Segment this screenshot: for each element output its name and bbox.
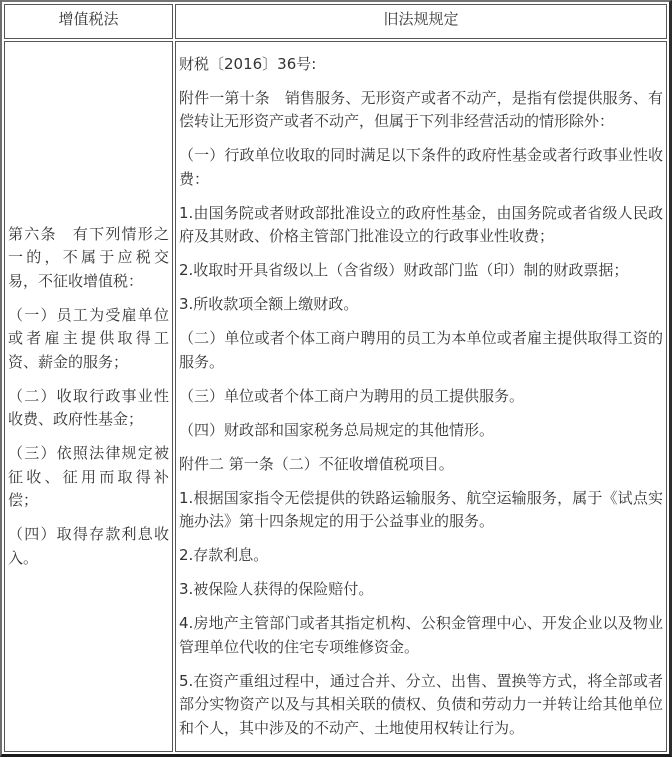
paragraph: 4.房地产主管部门或者其指定机构、公积金管理中心、开发企业以及物业管理单位代收的… (179, 612, 663, 659)
old-regulations-cell: 财税〔2016〕36号:附件一第十条 销售服务、无形资产或者不动产，是指有偿提供… (175, 41, 667, 752)
paragraph: 1.由国务院或者财政部批准设立的政府性基金，由国务院或者省级人民政府及其财政、价… (179, 202, 663, 249)
paragraph: （三）单位或者个体工商户为聘用的员工提供服务。 (179, 385, 663, 409)
paragraph: （三）依照法律规定被征收、征用而取得补偿； (8, 442, 169, 513)
paragraph: 3.所收款项全额上缴财政。 (179, 293, 663, 317)
paragraph: 第六条 有下列情形之一的，不属于应税交易，不征收增值税： (8, 223, 169, 294)
paragraph: 5.在资产重组过程中，通过合并、分立、出售、置换等方式，将全部或者部分实物资产以… (179, 670, 663, 741)
header-row: 增值税法 旧法规规定 (4, 4, 667, 39)
vat-law-cell: 第六条 有下列情形之一的，不属于应税交易，不征收增值税：（一）员工为受雇单位或者… (4, 41, 173, 752)
column-header-old-regulations: 旧法规规定 (175, 4, 667, 39)
paragraph: 2.存款利息。 (179, 544, 663, 568)
paragraph: （四）财政部和国家税务总局规定的其他情形。 (179, 419, 663, 443)
paragraph: 2.收取时开具省级以上（含省级）财政部门监（印）制的财政票据； (179, 259, 663, 283)
body-row: 第六条 有下列情形之一的，不属于应税交易，不征收增值税：（一）员工为受雇单位或者… (4, 41, 667, 752)
comparison-table: 增值税法 旧法规规定 第六条 有下列情形之一的，不属于应税交易，不征收增值税：（… (0, 0, 672, 757)
paragraph: （一）行政单位收取的同时满足以下条件的政府性基金或者行政事业性收费： (179, 144, 663, 191)
paragraph: 附件一第十条 销售服务、无形资产或者不动产，是指有偿提供服务、有偿转让无形资产或… (179, 87, 663, 134)
paragraph: 1.根据国家指令无偿提供的铁路运输服务、航空运输服务，属于《试点实施办法》第十四… (179, 487, 663, 534)
paragraph: （二）收取行政事业性收费、政府性基金； (8, 385, 169, 432)
paragraph: （四）取得存款利息收入。 (8, 523, 169, 570)
paragraph: 附件二 第一条（二）不征收增值税项目。 (179, 453, 663, 477)
paragraph: （一）员工为受雇单位或者雇主提供取得工资、薪金的服务； (8, 304, 169, 375)
column-header-vat-law: 增值税法 (4, 4, 173, 39)
paragraph: 财税〔2016〕36号: (179, 53, 663, 77)
paragraph: （二）单位或者个体工商户聘用的员工为本单位或者雇主提供取得工资的服务。 (179, 327, 663, 374)
paragraph: 3.被保险人获得的保险赔付。 (179, 578, 663, 602)
